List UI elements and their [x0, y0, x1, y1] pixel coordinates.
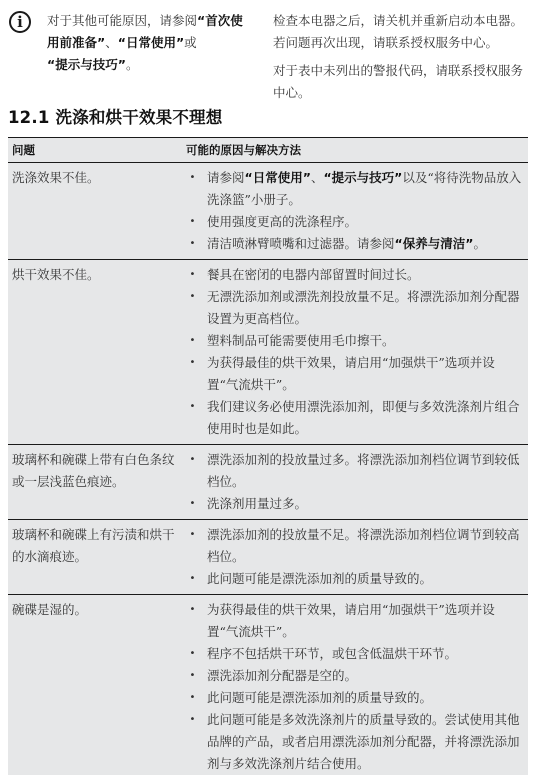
causes-cell: •漂洗添加剂的投放量过多。将漂洗添加剂档位调节到较低档位。•洗涤剂用量过多。 — [178, 445, 528, 519]
bullet-icon: • — [178, 493, 207, 515]
table-row: 碗碟是湿的。•为获得最佳的烘干效果，请启用“加强烘干”选项并设置“气流烘干”。•… — [8, 595, 528, 775]
cause-text-part: 请参阅 — [207, 170, 245, 185]
header-problem: 问题 — [8, 142, 178, 158]
list-item: •餐具在密闭的电器内部留置时间过长。 — [178, 264, 528, 286]
period: 。 — [126, 57, 139, 72]
list-item: •清洁喷淋臂喷嘴和过滤器。请参阅“保养与清洁”。 — [178, 233, 528, 255]
cause-text: 餐具在密闭的电器内部留置时间过长。 — [207, 264, 528, 286]
troubleshooting-table: 问题 可能的原因与解决方法 洗涤效果不佳。•请参阅“日常使用”、“提示与技巧”以… — [8, 137, 528, 775]
bullet-icon: • — [178, 352, 207, 396]
list-item: •请参阅“日常使用”、“提示与技巧”以及“将待洗物品放入洗涤篮”小册子。 — [178, 167, 528, 211]
reference-daily-use: “日常使用” — [118, 35, 184, 50]
table-row: 烘干效果不佳。•餐具在密闭的电器内部留置时间过长。•无漂洗添加剂或漂洗剂投放量不… — [8, 260, 528, 445]
cause-text: 漂洗添加剂的投放量不足。将漂洗添加剂档位调节到较高档位。 — [207, 524, 528, 568]
note-paragraph-restart: 检查本电器之后，请关机并重新启动本电器。若问题再次出现，请联系授权服务中心。 — [273, 10, 535, 54]
bullet-icon: • — [178, 233, 207, 255]
chapter-reference: “提示与技巧” — [323, 170, 402, 185]
bullet-icon: • — [178, 665, 207, 687]
list-item: •漂洗添加剂分配器是空的。 — [178, 665, 528, 687]
problem-cell: 洗涤效果不佳。 — [8, 163, 178, 259]
bullet-icon: • — [178, 286, 207, 330]
bullet-icon: • — [178, 211, 207, 233]
note-section: i 对于其他可能原因，请参阅“首次使用前准备”、“日常使用”或“提示与技巧”。 … — [0, 0, 537, 100]
cause-text: 洗涤剂用量过多。 — [207, 493, 528, 515]
separator: 、 — [105, 35, 118, 50]
bullet-icon: • — [178, 264, 207, 286]
list-item: •此问题可能是漂洗添加剂的质量导致的。 — [178, 568, 528, 590]
header-causes: 可能的原因与解决方法 — [178, 142, 301, 158]
list-item: •为获得最佳的烘干效果，请启用“加强烘干”选项并设置“气流烘干”。 — [178, 352, 528, 396]
bullet-icon: • — [178, 330, 207, 352]
chapter-reference: “保养与清洁” — [395, 236, 474, 251]
cause-text: 我们建议务必使用漂洗添加剂，即便与多效洗涤剂片组合使用时也是如此。 — [207, 396, 528, 440]
list-item: •为获得最佳的烘干效果，请启用“加强烘干”选项并设置“气流烘干”。 — [178, 599, 528, 643]
list-item: •此问题可能是漂洗添加剂的质量导致的。 — [178, 687, 528, 709]
chapter-reference: “日常使用” — [245, 170, 311, 185]
cause-text: 无漂洗添加剂或漂洗剂投放量不足。将漂洗添加剂分配器设置为更高档位。 — [207, 286, 528, 330]
cause-text: 请参阅“日常使用”、“提示与技巧”以及“将待洗物品放入洗涤篮”小册子。 — [207, 167, 528, 211]
cause-text: 漂洗添加剂分配器是空的。 — [207, 665, 528, 687]
conjunction: 或 — [184, 35, 197, 50]
bullet-icon: • — [178, 396, 207, 440]
table-row: 玻璃杯和碗碟上有污渍和烘干的水滴痕迹。•漂洗添加剂的投放量不足。将漂洗添加剂档位… — [8, 520, 528, 595]
cause-text: 此问题可能是多效洗涤剂片的质量导致的。尝试使用其他品牌的产品，或者启用漂洗添加剂… — [207, 709, 528, 775]
cause-text: 使用强度更高的洗涤程序。 — [207, 211, 528, 233]
causes-cell: •为获得最佳的烘干效果，请启用“加强烘干”选项并设置“气流烘干”。•程序不包括烘… — [178, 595, 528, 775]
bullet-icon: • — [178, 449, 207, 493]
bullet-icon: • — [178, 167, 207, 211]
cause-text: 为获得最佳的烘干效果，请启用“加强烘干”选项并设置“气流烘干”。 — [207, 352, 528, 396]
bullet-icon: • — [178, 687, 207, 709]
note-text: 对于其他可能原因，请参阅 — [47, 13, 197, 28]
bullet-icon: • — [178, 709, 207, 775]
bullet-icon: • — [178, 599, 207, 643]
note-text-left: 对于其他可能原因，请参阅“首次使用前准备”、“日常使用”或“提示与技巧”。 — [47, 10, 252, 76]
list-item: •此问题可能是多效洗涤剂片的质量导致的。尝试使用其他品牌的产品，或者启用漂洗添加… — [178, 709, 528, 775]
table-row: 洗涤效果不佳。•请参阅“日常使用”、“提示与技巧”以及“将待洗物品放入洗涤篮”小… — [8, 163, 528, 260]
bullet-icon: • — [178, 524, 207, 568]
table-row: 玻璃杯和碗碟上带有白色条纹或一层浅蓝色痕迹。•漂洗添加剂的投放量过多。将漂洗添加… — [8, 445, 528, 520]
table-body: 洗涤效果不佳。•请参阅“日常使用”、“提示与技巧”以及“将待洗物品放入洗涤篮”小… — [8, 163, 528, 775]
section-title: 12.1 洗涤和烘干效果不理想 — [8, 104, 222, 128]
list-item: •塑料制品可能需要使用毛巾擦干。 — [178, 330, 528, 352]
list-item: •漂洗添加剂的投放量不足。将漂洗添加剂档位调节到较高档位。 — [178, 524, 528, 568]
cause-text: 程序不包括烘干环节，或包含低温烘干环节。 — [207, 643, 528, 665]
problem-cell: 碗碟是湿的。 — [8, 595, 178, 775]
cause-text: 此问题可能是漂洗添加剂的质量导致的。 — [207, 568, 528, 590]
list-item: •使用强度更高的洗涤程序。 — [178, 211, 528, 233]
causes-cell: •漂洗添加剂的投放量不足。将漂洗添加剂档位调节到较高档位。•此问题可能是漂洗添加… — [178, 520, 528, 594]
list-item: •程序不包括烘干环节，或包含低温烘干环节。 — [178, 643, 528, 665]
note-paragraph-alarm-codes: 对于表中未列出的警报代码，请联系授权服务中心。 — [273, 60, 535, 104]
list-item: •我们建议务必使用漂洗添加剂，即便与多效洗涤剂片组合使用时也是如此。 — [178, 396, 528, 440]
problem-cell: 玻璃杯和碗碟上有污渍和烘干的水滴痕迹。 — [8, 520, 178, 594]
note-text-right: 检查本电器之后，请关机并重新启动本电器。若问题再次出现，请联系授权服务中心。 对… — [273, 10, 535, 110]
cause-text: 清洁喷淋臂喷嘴和过滤器。请参阅“保养与清洁”。 — [207, 233, 528, 255]
causes-cell: •请参阅“日常使用”、“提示与技巧”以及“将待洗物品放入洗涤篮”小册子。•使用强… — [178, 163, 528, 259]
problem-cell: 玻璃杯和碗碟上带有白色条纹或一层浅蓝色痕迹。 — [8, 445, 178, 519]
cause-text-part: 、 — [311, 170, 324, 185]
bullet-icon: • — [178, 643, 207, 665]
cause-text: 此问题可能是漂洗添加剂的质量导致的。 — [207, 687, 528, 709]
list-item: •漂洗添加剂的投放量过多。将漂洗添加剂档位调节到较低档位。 — [178, 449, 528, 493]
cause-text: 塑料制品可能需要使用毛巾擦干。 — [207, 330, 528, 352]
cause-text-part: 。 — [473, 236, 486, 251]
cause-text: 漂洗添加剂的投放量过多。将漂洗添加剂档位调节到较低档位。 — [207, 449, 528, 493]
reference-hints-tips: “提示与技巧” — [47, 57, 126, 72]
table-header: 问题 可能的原因与解决方法 — [8, 137, 528, 163]
list-item: •洗涤剂用量过多。 — [178, 493, 528, 515]
cause-text-part: 清洁喷淋臂喷嘴和过滤器。请参阅 — [207, 236, 395, 251]
info-icon: i — [9, 11, 31, 33]
bullet-icon: • — [178, 568, 207, 590]
causes-cell: •餐具在密闭的电器内部留置时间过长。•无漂洗添加剂或漂洗剂投放量不足。将漂洗添加… — [178, 260, 528, 444]
list-item: •无漂洗添加剂或漂洗剂投放量不足。将漂洗添加剂分配器设置为更高档位。 — [178, 286, 528, 330]
cause-text: 为获得最佳的烘干效果，请启用“加强烘干”选项并设置“气流烘干”。 — [207, 599, 528, 643]
problem-cell: 烘干效果不佳。 — [8, 260, 178, 444]
